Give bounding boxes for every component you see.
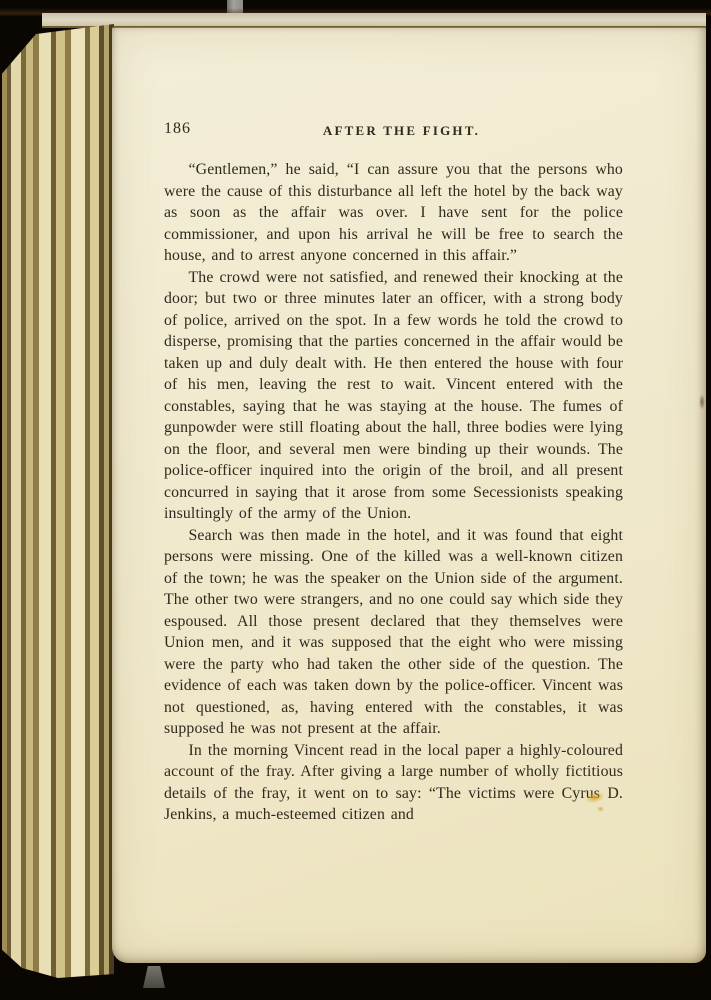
binding-bottom-notch (143, 966, 165, 988)
page-header: 186 AFTER THE FIGHT. (164, 120, 623, 141)
page-stack-fore-edges (0, 0, 114, 1000)
paragraph: In the morning Vincent read in the local… (164, 740, 623, 826)
page-block-top-edge (42, 13, 706, 28)
paragraph: “Gentlemen,” he said, “I can assure you … (164, 159, 623, 267)
paragraph: The crowd were not satisfied, and renewe… (164, 267, 623, 525)
page-edge-speck (699, 394, 705, 410)
running-header: AFTER THE FIGHT. (323, 123, 480, 139)
page-number: 186 (164, 120, 191, 138)
paragraph: Search was then made in the hotel, and i… (164, 525, 623, 740)
book-page: 186 AFTER THE FIGHT. “Gentlemen,” he sai… (112, 27, 706, 963)
page-content: 186 AFTER THE FIGHT. “Gentlemen,” he sai… (164, 120, 623, 826)
page-body-text: “Gentlemen,” he said, “I can assure you … (164, 159, 623, 826)
page-stain (597, 806, 604, 812)
